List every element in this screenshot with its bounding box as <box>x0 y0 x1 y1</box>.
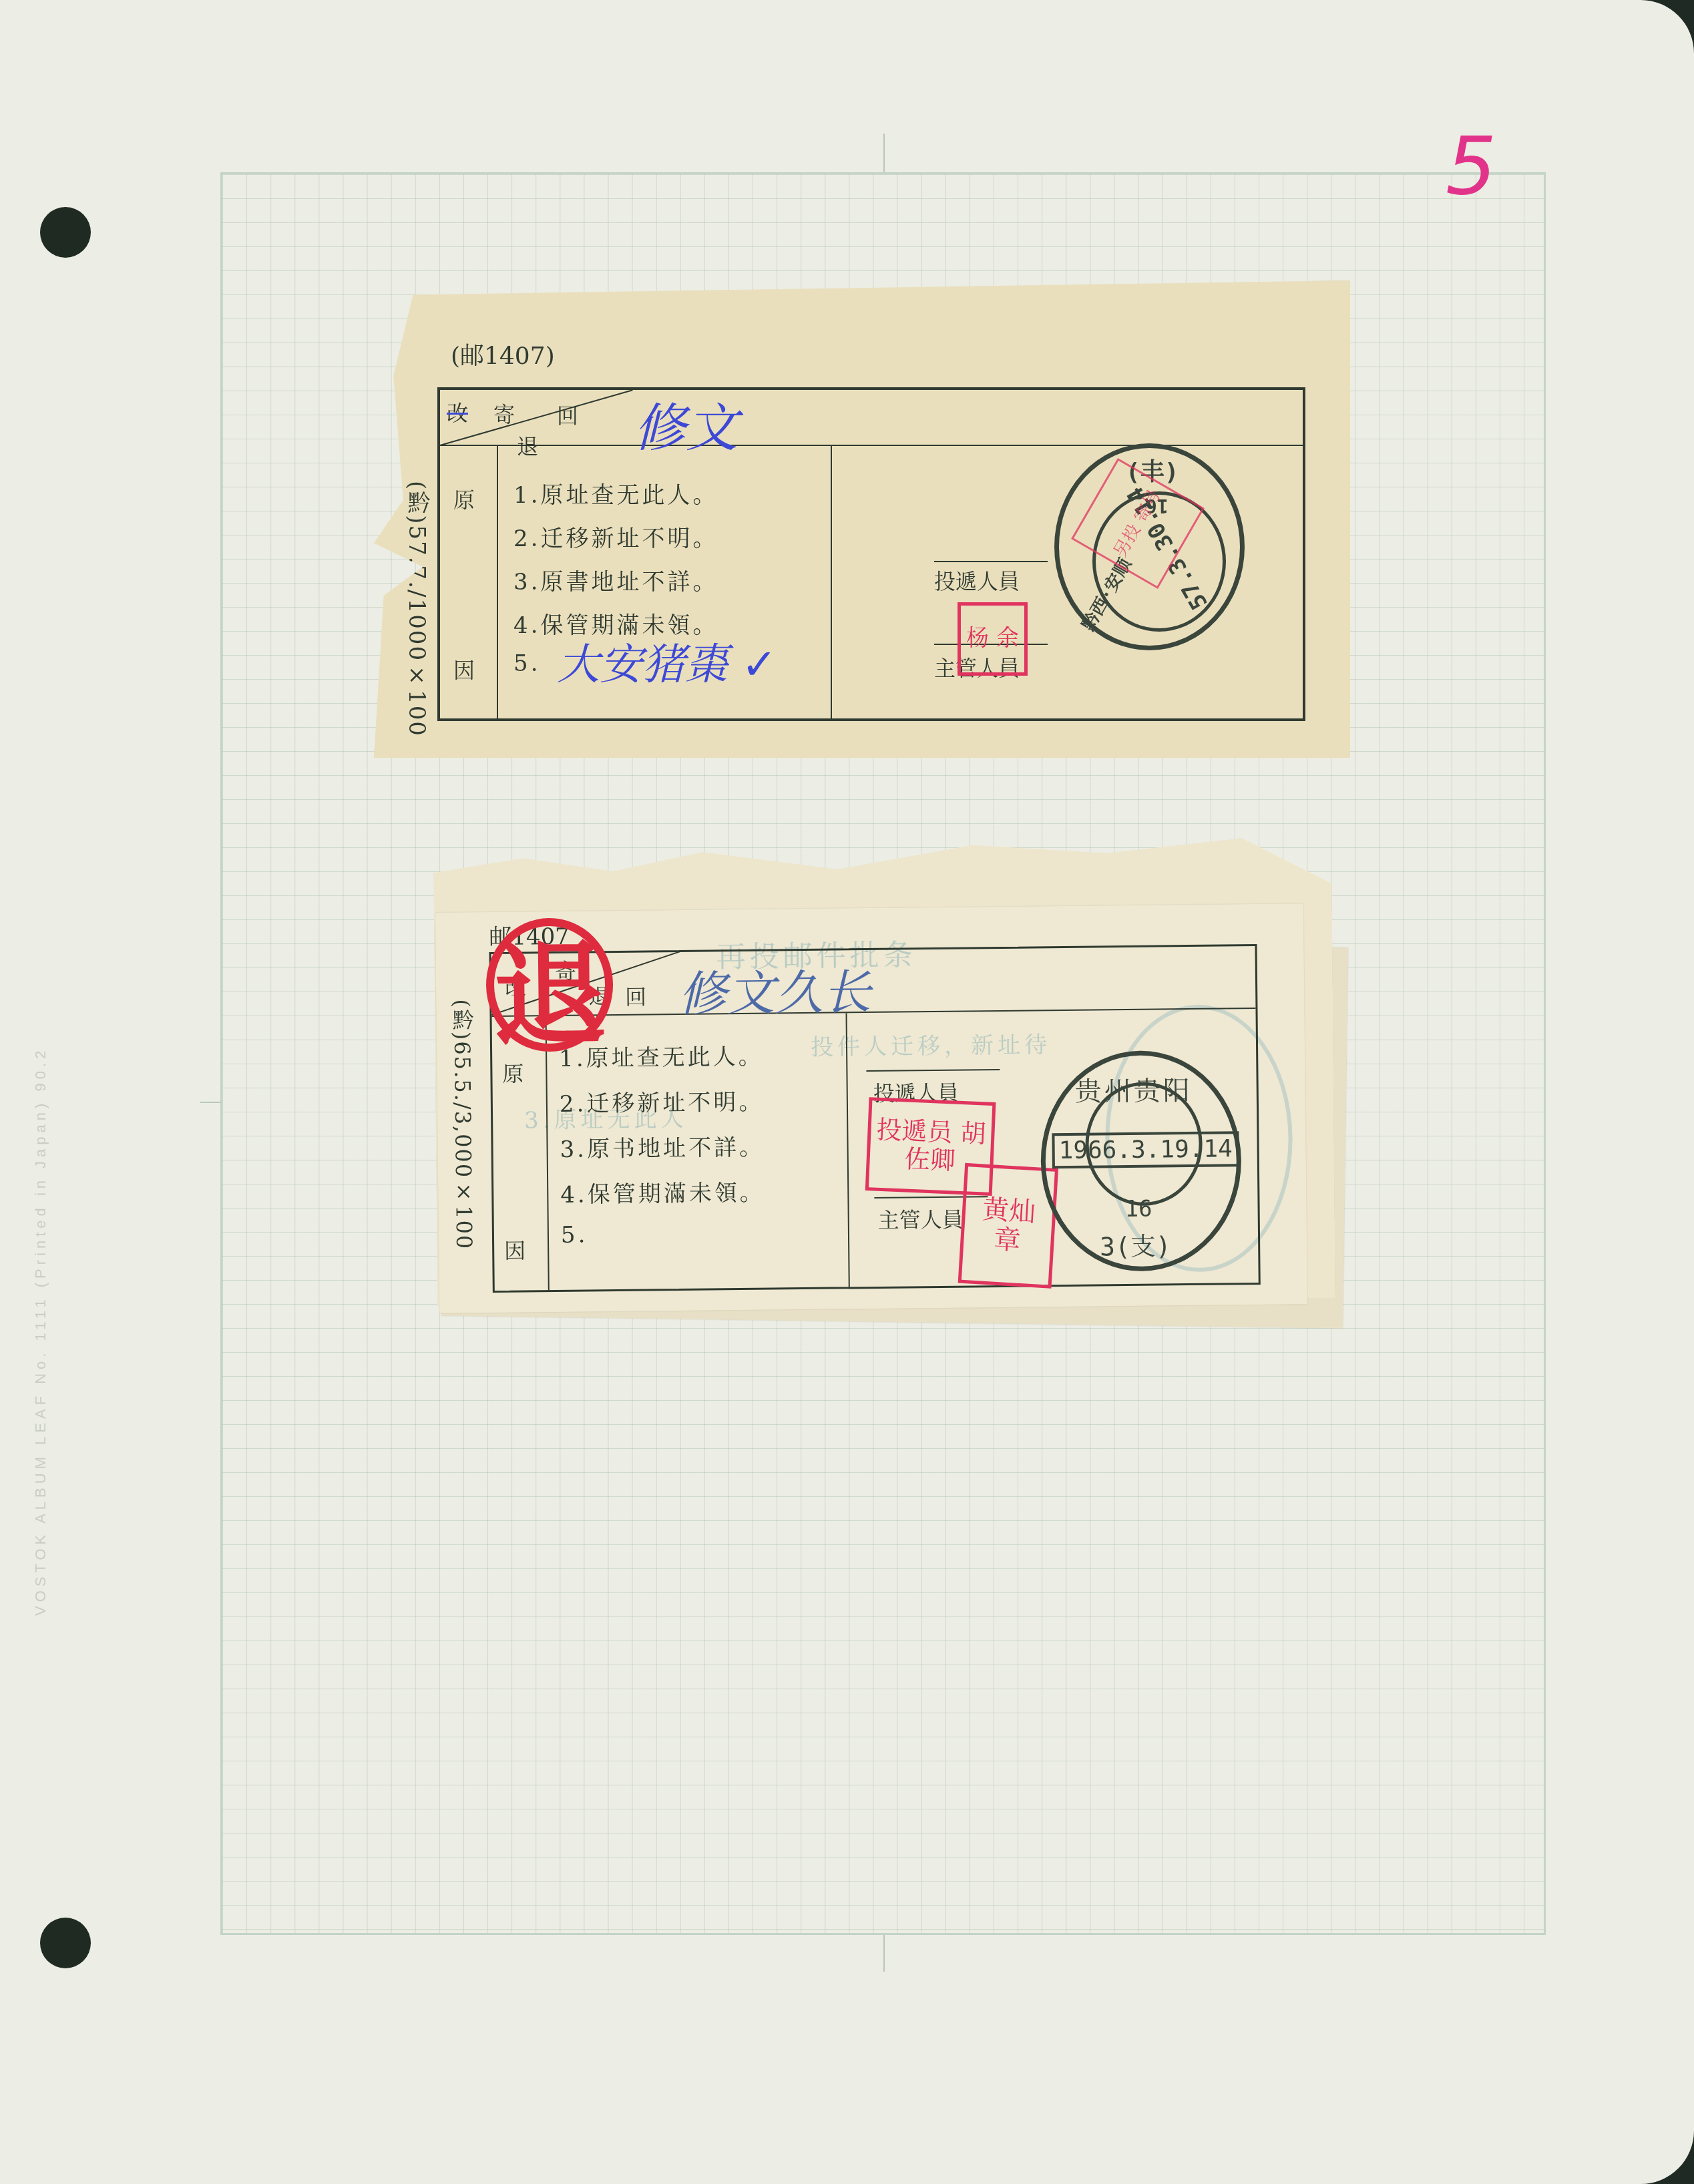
center-tick-top <box>883 134 885 174</box>
reason-5: 5. <box>513 650 540 677</box>
postmark: 贵州贵阳 1966.3.19.14 16 3(支) <box>1040 1050 1242 1272</box>
handwritten-destination: 修文久长 <box>678 953 871 1025</box>
reason-label-top: 原 <box>453 483 475 514</box>
struck-label: 改 <box>447 397 468 427</box>
leaf-imprint: VOSTOK ALBUM LEAF No. 1111 (Printed in J… <box>32 1047 49 1616</box>
red-chop-name: 杨 余 <box>958 602 1028 676</box>
header-divider <box>440 445 1303 446</box>
reason-2: 2.迁移新址不明。 <box>560 1084 765 1118</box>
slip-form-frame: 改 寄 退 回 修文 原 因 1.原址查无此人。 2.迁移新址不明。 3.原書地… <box>437 387 1305 721</box>
postmark-serial: 16 <box>1124 1196 1152 1223</box>
reason-2: 2.迁移新址不明。 <box>513 520 718 553</box>
reason-1: 1.原址查无此人。 <box>513 477 718 509</box>
print-run-note: (黔)57.7./1000×100 <box>401 481 433 734</box>
delivery-staff-label: 投遞人員 <box>934 565 1020 596</box>
postmark-date: 1966.3.19.14 <box>1052 1131 1239 1168</box>
reason-column-divider <box>831 446 832 721</box>
postmark-branch: 3(支) <box>1100 1225 1171 1263</box>
return-slip-1966: 再投邮件批条 投件人迁移，新址待 3.原址无此人 邮1407 (黔)65.5./… <box>435 903 1307 1313</box>
reason-4: 4.保管期滿未領。 <box>560 1174 765 1209</box>
side-tick-left <box>200 1102 220 1103</box>
label-return: 退 <box>517 430 538 461</box>
reason-3: 3.原书地址不詳。 <box>560 1129 765 1164</box>
reason-3: 3.原書地址不詳。 <box>513 564 718 596</box>
delivery-sign-line <box>934 561 1048 562</box>
reason-5: 5. <box>561 1221 588 1248</box>
supervisor-staff-label: 主管人員 <box>877 1203 963 1235</box>
handwritten-destination: 修文 <box>634 387 738 461</box>
label-back: 回 <box>625 981 646 1012</box>
reason-column-divider <box>846 1013 850 1288</box>
red-return-seal: 退 <box>485 917 614 1052</box>
form-code: (邮1407) <box>451 337 555 371</box>
page-number: 5 <box>1446 120 1496 213</box>
reason-label-bottom: 因 <box>453 654 475 684</box>
return-slip-1957: (邮1407) (黔)57.7./1000×100 改 寄 退 回 修文 原 因… <box>374 280 1350 758</box>
delivery-sign-line <box>866 1069 1000 1072</box>
label-send: 寄 <box>493 398 515 429</box>
print-run-note: (黔)65.5./3,000×100 <box>446 999 480 1306</box>
reason-label-bottom: 因 <box>504 1234 525 1265</box>
handwritten-reason-5: 大安猪棗 ✓ <box>557 630 777 692</box>
binder-hole-top <box>40 207 91 258</box>
binder-hole-bottom <box>40 1918 91 1968</box>
reason-label-column <box>497 446 498 721</box>
label-back: 回 <box>557 399 578 430</box>
album-leaf: VOSTOK ALBUM LEAF No. 1111 (Printed in J… <box>0 0 1694 2184</box>
center-tick-bottom <box>883 1935 885 1972</box>
